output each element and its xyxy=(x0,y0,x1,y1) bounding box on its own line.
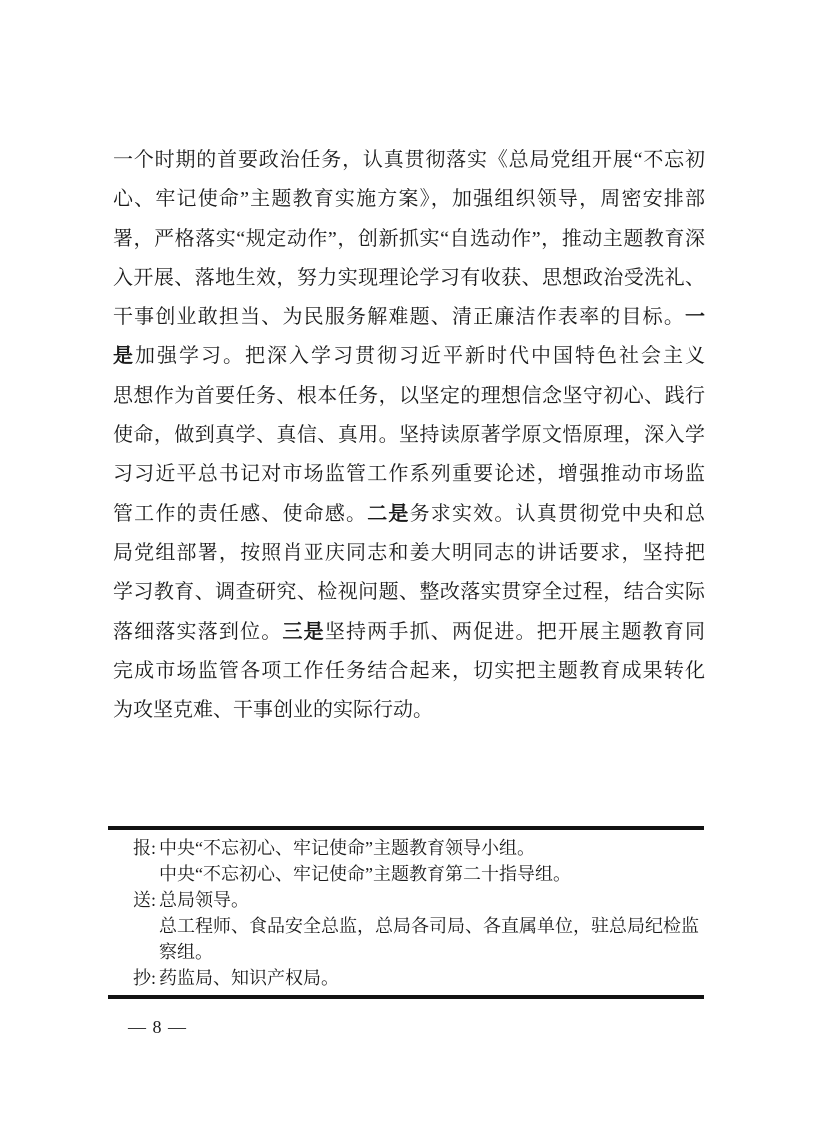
record-entry-label: 送: xyxy=(133,887,159,913)
record-entry-line: 察组。 xyxy=(159,939,704,965)
body-text-line: 习习近平总书记对市场监管工作系列重要论述，增强推动市场监 xyxy=(113,455,705,494)
page-number: — 8 — xyxy=(128,1014,187,1040)
body-text-segment: 学习教育、调查研究、检视问题、整改落实贯穿全过程，结合实际 xyxy=(113,581,705,603)
body-text-segment: 局党组部署，按照肖亚庆同志和姜大明同志的讲话要求，坚持把 xyxy=(113,542,705,564)
record-entry-line: 总工程师、食品安全总监，总局各司局、各直属单位，驻总局纪检监 xyxy=(159,913,704,939)
record-entry-line: 药监局、知识产权局。 xyxy=(159,965,704,991)
body-text-segment: 干事创业敢担当、为民服务解难题、清正廉洁作表率的目标。 xyxy=(113,306,685,328)
body-text-segment: 坚持两手抓、两促进。把开展主题教育同 xyxy=(325,621,705,643)
record-entry-line: 中央“不忘初心、牢记使命”主题教育第二十指导组。 xyxy=(159,861,704,887)
body-text-line: 思想作为首要任务、根本任务，以坚定的理想信念坚守初心、践行 xyxy=(113,377,705,416)
body-text-line: 使命，做到真学、真信、真用。坚持读原著学原文悟原理，深入学 xyxy=(113,416,705,455)
body-text-line: 署，严格落实“规定动作”，创新抓实“自选动作”，推动主题教育深 xyxy=(113,220,705,259)
record-entry-row: 总工程师、食品安全总监，总局各司局、各直属单位，驻总局纪检监 xyxy=(133,913,704,939)
record-entry-line: 总局领导。 xyxy=(159,887,704,913)
record-entry-row: 抄:药监局、知识产权局。 xyxy=(133,965,704,991)
body-text-segment: 加强学习。把深入学习贯彻习近平新时代中国特色社会主义 xyxy=(135,345,705,367)
body-text-segment: 完成市场监管各项工作任务结合起来，切实把主题教育成果转化 xyxy=(113,660,705,682)
body-text-line: 一个时期的首要政治任务，认真贯彻落实《总局党组开展“不忘初 xyxy=(113,141,705,180)
body-text-segment: 心、牢记使命”主题教育实施方案》，加强组织领导，周密安排部 xyxy=(113,188,705,210)
body-paragraph: 一个时期的首要政治任务，认真贯彻落实《总局党组开展“不忘初心、牢记使命”主题教育… xyxy=(113,141,705,730)
body-text-line: 完成市场监管各项工作任务结合起来，切实把主题教育成果转化 xyxy=(113,652,705,691)
body-text-line: 管工作的责任感、使命感。二是务求实效。认真贯彻党中央和总 xyxy=(113,495,705,534)
body-text-segment: 习习近平总书记对市场监管工作系列重要论述，增强推动市场监 xyxy=(113,463,705,485)
body-text-segment-bold: 二是 xyxy=(367,503,409,525)
record-entry-label xyxy=(133,861,159,887)
body-text-segment: 务求实效。认真贯彻党中央和总 xyxy=(410,503,705,525)
body-text-line: 入开展、落地生效，努力实现理论学习有收获、思想政治受洗礼、 xyxy=(113,259,705,298)
body-text-segment: 一个时期的首要政治任务，认真贯彻落实《总局党组开展“不忘初 xyxy=(113,149,705,171)
body-text-segment: 管工作的责任感、使命感。 xyxy=(113,503,367,525)
document-page: 一个时期的首要政治任务，认真贯彻落实《总局党组开展“不忘初心、牢记使命”主题教育… xyxy=(0,0,816,1145)
record-entry-label: 报: xyxy=(133,835,159,861)
body-text-line: 为攻坚克难、干事创业的实际行动。 xyxy=(113,691,705,730)
body-text-segment: 入开展、落地生效，努力实现理论学习有收获、思想政治受洗礼、 xyxy=(113,267,705,289)
body-text-line: 学习教育、调查研究、检视问题、整改落实贯穿全过程，结合实际 xyxy=(113,573,705,612)
body-text-segment: 落细落实落到位。 xyxy=(113,621,282,643)
record-entry-row: 中央“不忘初心、牢记使命”主题教育第二十指导组。 xyxy=(133,861,704,887)
body-text-segment: 署，严格落实“规定动作”，创新抓实“自选动作”，推动主题教育深 xyxy=(113,228,705,250)
body-text-line: 是加强学习。把深入学习贯彻习近平新时代中国特色社会主义 xyxy=(113,337,705,376)
distribution-block: 报:中央“不忘初心、牢记使命”主题教育领导小组。中央“不忘初心、牢记使命”主题教… xyxy=(108,826,704,999)
body-text-line: 心、牢记使命”主题教育实施方案》，加强组织领导，周密安排部 xyxy=(113,180,705,219)
record-entry-row: 察组。 xyxy=(133,939,704,965)
record-entry-row: 送:总局领导。 xyxy=(133,887,704,913)
record-entry-label: 抄: xyxy=(133,965,159,991)
body-text-line: 落细落实落到位。三是坚持两手抓、两促进。把开展主题教育同 xyxy=(113,613,705,652)
body-text-line: 干事创业敢担当、为民服务解难题、清正廉洁作表率的目标。一 xyxy=(113,298,705,337)
body-text-line: 局党组部署，按照肖亚庆同志和姜大明同志的讲话要求，坚持把 xyxy=(113,534,705,573)
body-text-segment: 为攻坚克难、干事创业的实际行动。 xyxy=(113,699,433,721)
body-text-segment-bold: 是 xyxy=(113,345,135,367)
body-text-segment: 思想作为首要任务、根本任务，以坚定的理想信念坚守初心、践行 xyxy=(113,385,705,407)
record-entry-line: 中央“不忘初心、牢记使命”主题教育领导小组。 xyxy=(159,835,704,861)
body-text-segment: 使命，做到真学、真信、真用。坚持读原著学原文悟原理，深入学 xyxy=(113,424,705,446)
record-entry-row: 报:中央“不忘初心、牢记使命”主题教育领导小组。 xyxy=(133,835,704,861)
body-text-segment-bold: 三是 xyxy=(282,621,324,643)
record-divider-bottom xyxy=(108,995,704,999)
record-entry-label xyxy=(133,913,159,939)
record-entry-label xyxy=(133,939,159,965)
body-text-segment-bold: 一 xyxy=(685,306,705,328)
distribution-list: 报:中央“不忘初心、牢记使命”主题教育领导小组。中央“不忘初心、牢记使命”主题教… xyxy=(108,830,704,995)
